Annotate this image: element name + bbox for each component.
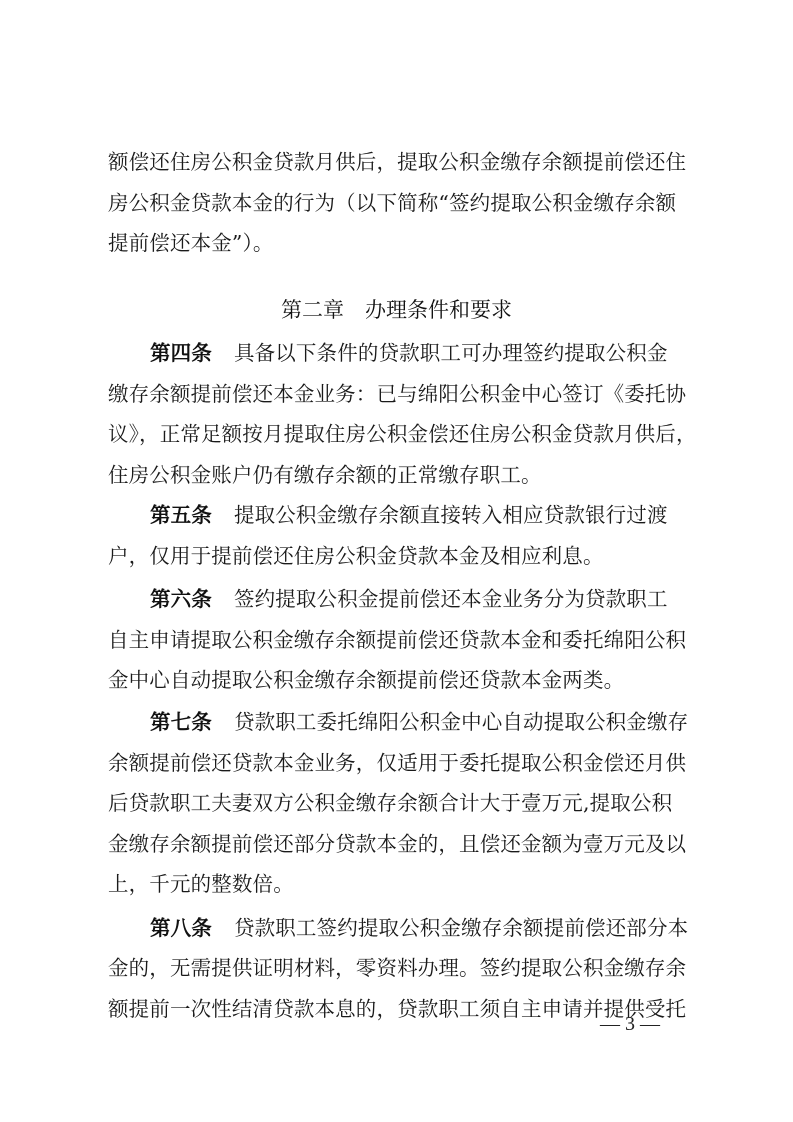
article-8-line-1: 第八条贷款职工签约提取公积金缴存余额提前偿还部分本 [150,913,740,943]
article-6-label: 第六条 [150,587,212,611]
article-4-line-1: 第四条具备以下条件的贷款职工可办理签约提取公积金 [150,338,740,368]
article-7-line-3: 后贷款职工夫妻双方公积金缴存余额合计大于壹万元,提取公积 [108,788,698,818]
article-7-line-1: 第七条贷款职工委托绵阳公积金中心自动提取公积金缴存 [150,707,740,737]
article-6-line-2: 自主申请提取公积金缴存余额提前偿还贷款本金和委托绵阳公积 [108,625,698,655]
intro-line-3: 提前偿还本金”）。 [108,228,698,258]
article-4-line-2: 缴存余额提前偿还本金业务：已与绵阳公积金中心签订《委托协 [108,379,698,409]
article-7-line-4: 金缴存余额提前偿还部分贷款本金的，且偿还金额为壹万元及以 [108,829,698,859]
chapter-heading: 第二章 办理条件和要求 [0,295,793,325]
article-4-line-3: 议》，正常足额按月提取住房公积金偿还住房公积金贷款月供后， [108,419,698,449]
article-6-text-1: 签约提取公积金提前偿还本金业务分为贷款职工 [234,587,668,611]
article-8-line-2: 金的，无需提供证明材料，零资料办理。签约提取公积金缴存余 [108,953,698,983]
article-4-line-4: 住房公积金账户仍有缴存余额的正常缴存职工。 [108,460,698,490]
article-5-text-1: 提取公积金缴存余额直接转入相应贷款银行过渡 [234,503,668,527]
intro-line-2: 房公积金贷款本金的行为（以下简称“签约提取公积金缴存余额 [108,188,698,218]
article-6-line-1: 第六条签约提取公积金提前偿还本金业务分为贷款职工 [150,584,740,614]
article-5-label: 第五条 [150,503,212,527]
document-page: 额偿还住房公积金贷款月供后，提取公积金缴存余额提前偿还住 房公积金贷款本金的行为… [0,0,793,1122]
article-5-line-2: 户，仅用于提前偿还住房公积金贷款本金及相应利息。 [108,541,698,571]
article-7-line-2: 余额提前偿还贷款本金业务，仅适用于委托提取公积金偿还月供 [108,748,698,778]
article-7-label: 第七条 [150,710,212,734]
article-8-text-1: 贷款职工签约提取公积金缴存余额提前偿还部分本 [234,916,688,940]
page-number: — 3 — [600,1013,660,1036]
intro-line-1: 额偿还住房公积金贷款月供后，提取公积金缴存余额提前偿还住 [108,147,698,177]
article-4-text-1: 具备以下条件的贷款职工可办理签约提取公积金 [234,341,668,365]
article-7-text-1: 贷款职工委托绵阳公积金中心自动提取公积金缴存 [234,710,688,734]
article-4-label: 第四条 [150,341,212,365]
article-6-line-3: 金中心自动提取公积金缴存余额提前偿还贷款本金两类。 [108,665,698,695]
article-8-label: 第八条 [150,916,212,940]
article-7-line-5: 上，千元的整数倍。 [108,869,698,899]
article-5-line-1: 第五条提取公积金缴存余额直接转入相应贷款银行过渡 [150,500,740,530]
